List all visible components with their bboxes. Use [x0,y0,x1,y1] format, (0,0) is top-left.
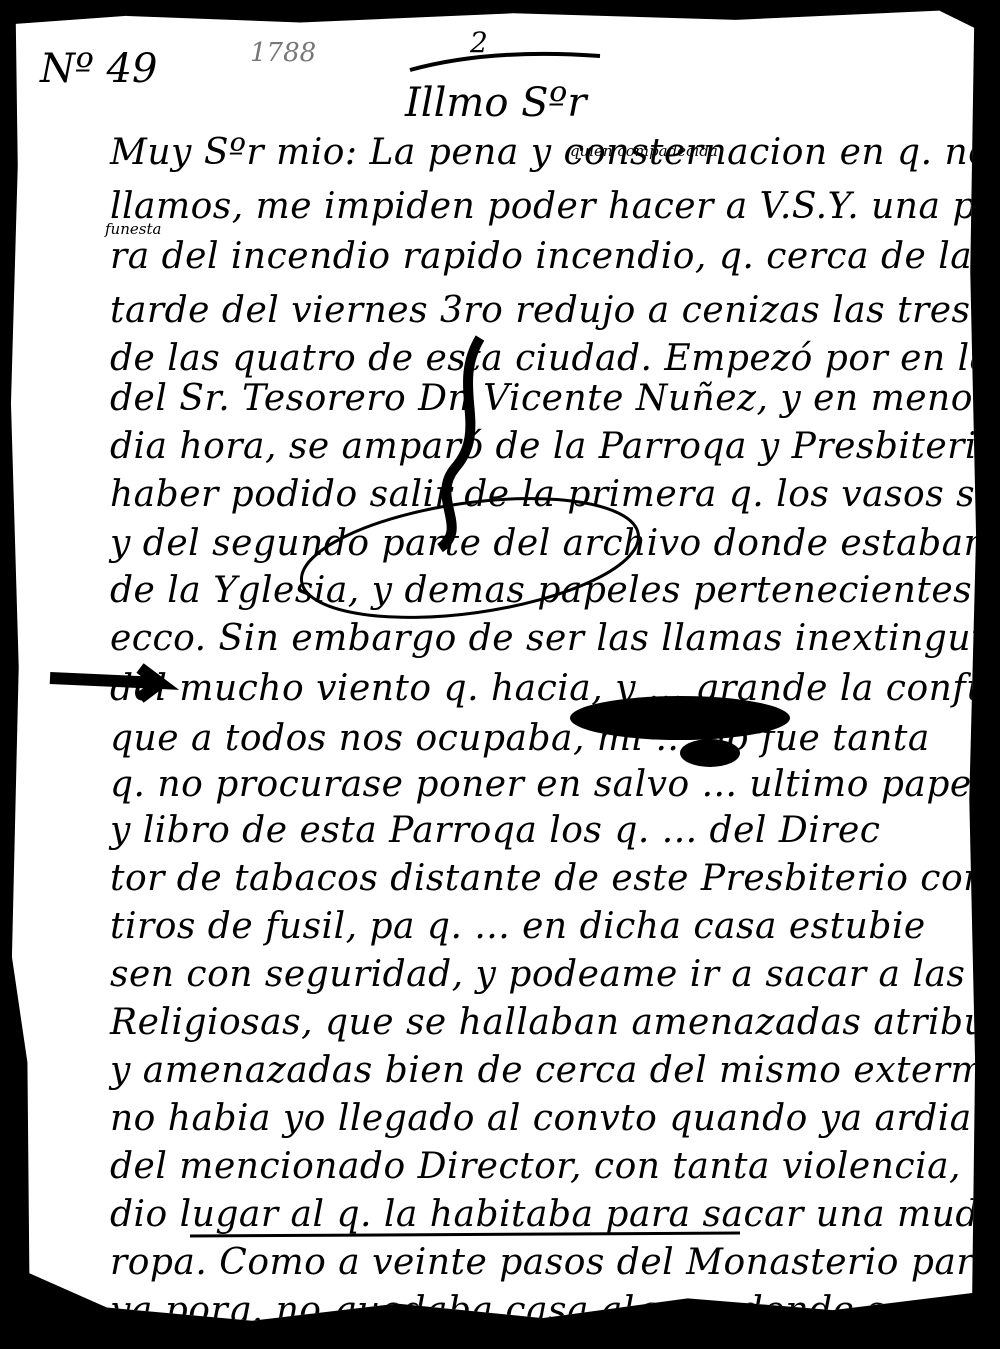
manuscript-page: Nº 49 1788 2 Illmo Sºr quien compadecida… [10,8,978,1326]
text-line: ra del incendio rapido incendio, q. cerc… [110,236,1000,277]
text-line: y libro de esta Parroqa los q. ... del D… [110,810,880,851]
text-line: sen con seguridad, y podeame ir a sacar … [110,954,965,995]
text-line: tarde del viernes 3ro redujo a cenizas l… [110,290,1000,331]
text-line: tiros de fusil, pa q. ... en dicha casa … [110,906,926,947]
text-line: de la Yglesia, y demas papeles perteneci… [110,570,1000,611]
text-line: y amenazadas bien de cerca del mismo ext… [110,1050,1000,1091]
flourish-icon [410,54,600,70]
text-line: de las quatro de esta ciudad. Empezó por… [110,338,1000,379]
text-line: dia hora, se amparó de la Parroqa y Pres… [110,426,1000,467]
text-line: del mucho viento q. hacia, y ... grande … [110,668,1000,709]
text-line: llamos, me impiden poder hacer a V.S.Y. … [110,186,1000,227]
text-line: no habia yo llegado al convto quando ya … [110,1098,1000,1139]
text-line: y del segundo parte del archivo donde es… [110,523,1000,564]
text-line: del mencionado Director, con tanta viole… [110,1146,1000,1187]
text-line: Muy Sºr mio: La pena y consternacion en … [110,132,1000,173]
top-mark: 2 [470,26,488,59]
text-line: que a todos nos ocupaba, mi ... no fue t… [110,718,930,759]
text-line: ecco. Sin embargo de ser las llamas inex… [110,618,1000,659]
text-line: q. no procurase poner en salvo ... ultim… [110,764,984,805]
salutation: Illmo Sºr [405,80,586,126]
text-line: del Sr. Tesorero Dn Vicente Nuñez, y en … [110,378,1000,419]
text-line: Religiosas, que se hallaban amenazadas a… [110,1002,1000,1043]
pencil-date: 1788 [250,38,316,68]
folio-number: Nº 49 [40,46,157,92]
text-line: tor de tabacos distante de este Presbite… [110,858,1000,899]
text-line: ropa. Como a veinte pasos del Monasterio… [110,1242,1000,1283]
text-line: dio lugar al q. la habitaba para sacar u… [110,1194,1000,1235]
text-line: haber podido salir de la primera q. los … [110,474,1000,515]
text-line: ya porq. no quedaba casa alguna donde se… [110,1290,1000,1331]
